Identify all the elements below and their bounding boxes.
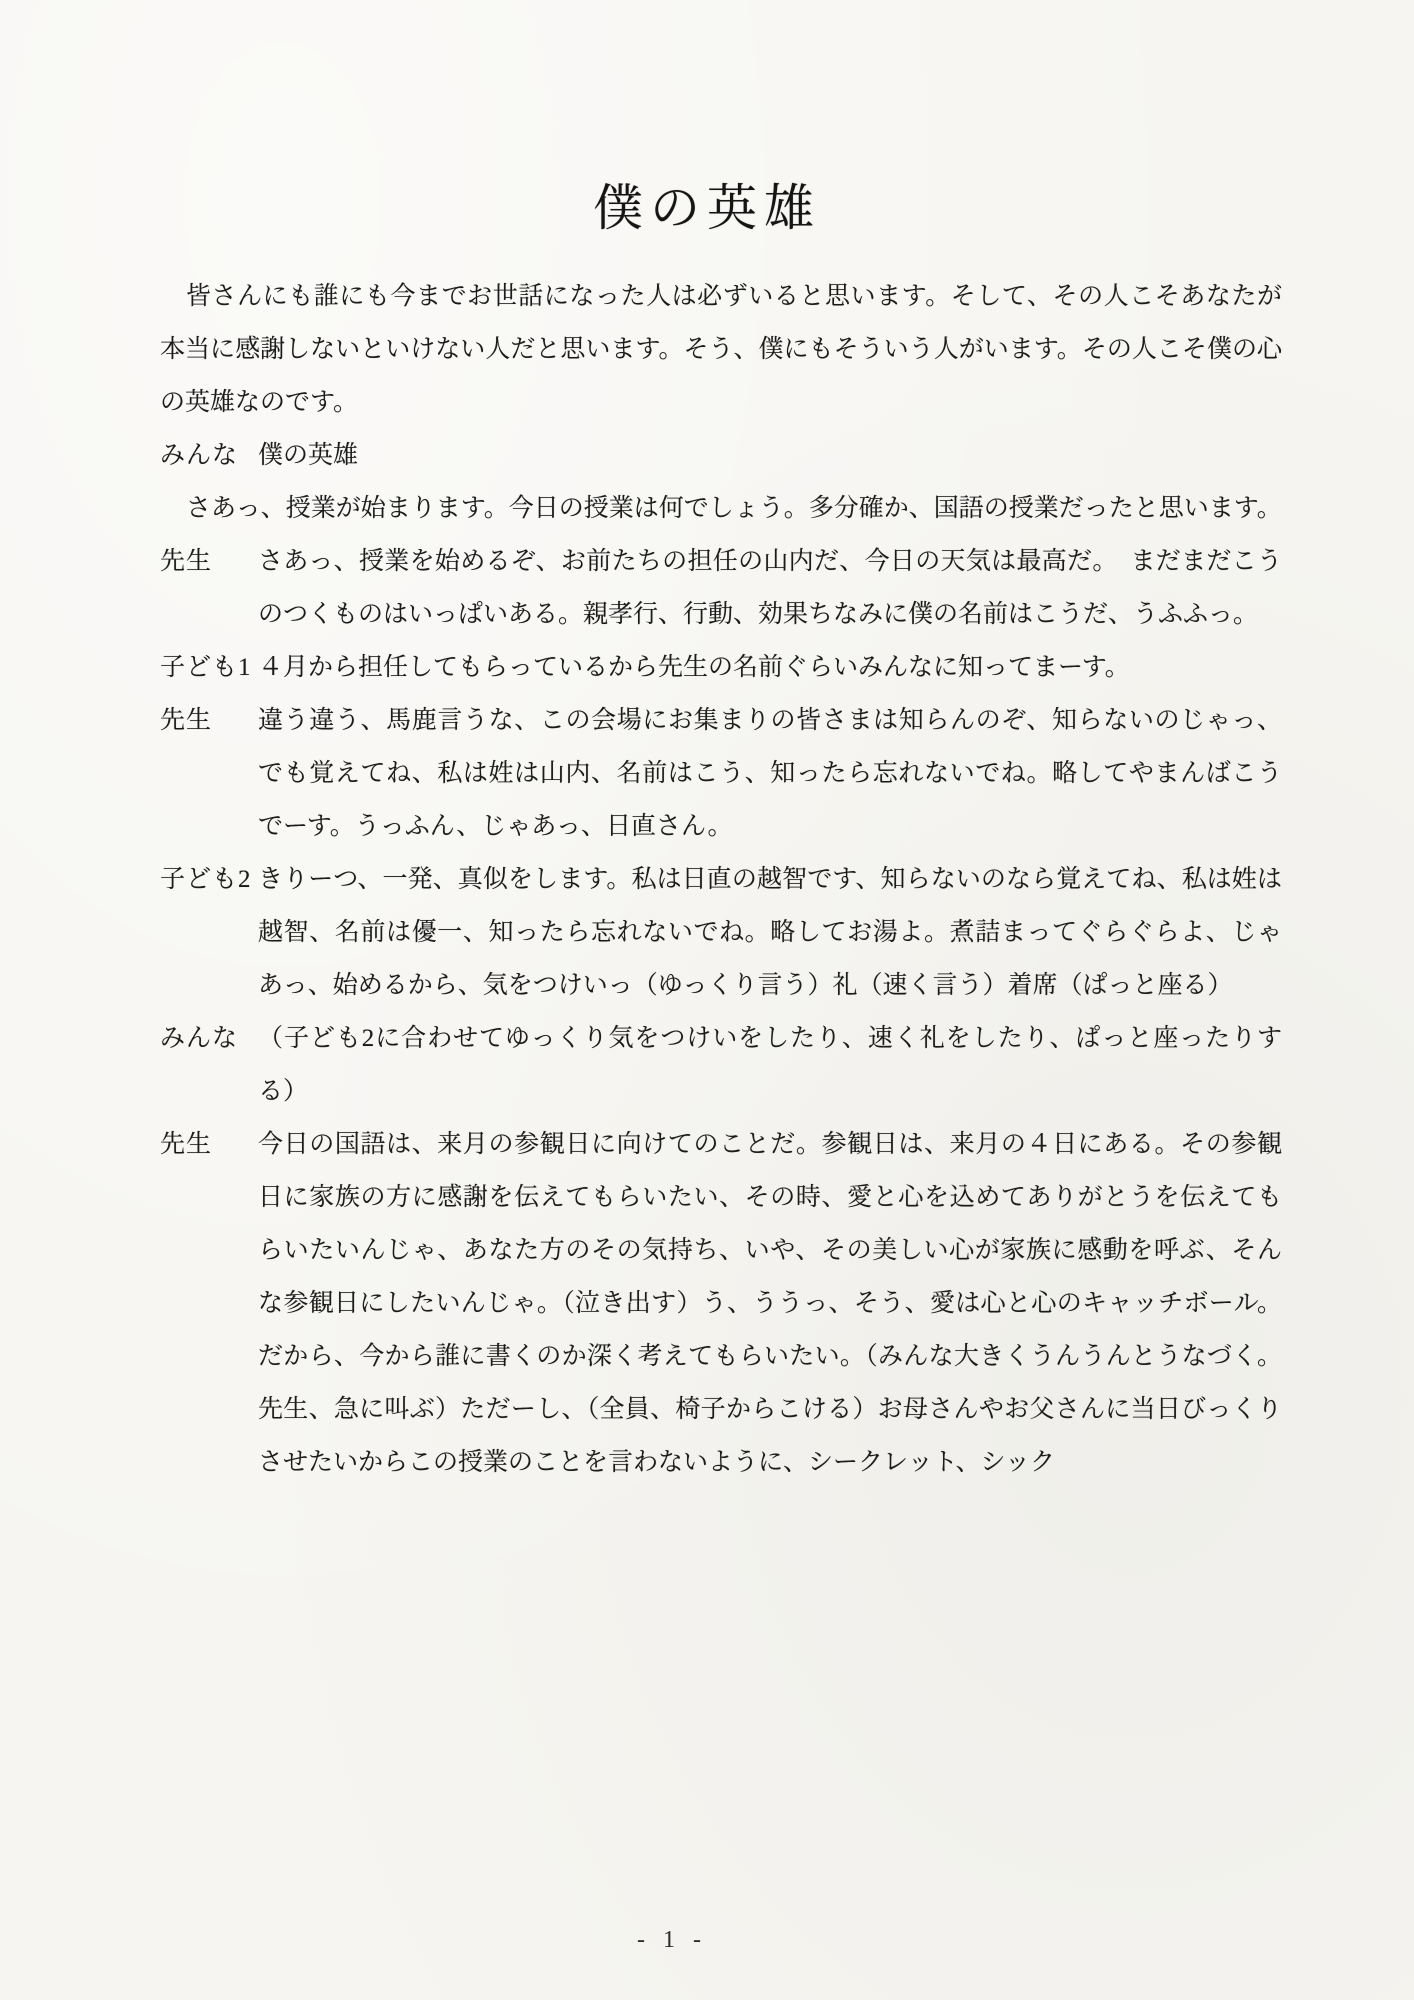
dialogue-text: 僕の英雄 bbox=[258, 429, 1282, 482]
dialogue-text: 違う違う、馬鹿言うな、この会場にお集まりの皆さまは知らんのぞ、知らないのじゃっ、… bbox=[258, 694, 1282, 853]
dialogue-row: 先生違う違う、馬鹿言うな、この会場にお集まりの皆さまは知らんのぞ、知らないのじゃ… bbox=[160, 694, 1282, 853]
speaker-name: 子ども2 bbox=[160, 853, 258, 1012]
speaker-name: 先生 bbox=[160, 694, 258, 853]
speaker-name: 先生 bbox=[160, 1118, 258, 1489]
dialogue-text: 今日の国語は、来月の参観日に向けてのことだ。参観日は、来月の４日にある。その参観… bbox=[258, 1118, 1282, 1489]
speaker-name: みんな bbox=[160, 429, 258, 482]
dialogue-text: （子ども2に合わせてゆっくり気をつけいをしたり、速く礼をしたり、ぱっと座ったりす… bbox=[258, 1012, 1282, 1118]
dialogue-row: みんな（子ども2に合わせてゆっくり気をつけいをしたり、速く礼をしたり、ぱっと座っ… bbox=[160, 1012, 1282, 1118]
dialogue-row: 先生今日の国語は、来月の参観日に向けてのことだ。参観日は、来月の４日にある。その… bbox=[160, 1118, 1282, 1489]
dialogue-row: みんな僕の英雄 bbox=[160, 429, 1282, 482]
speaker-name: みんな bbox=[160, 1012, 258, 1118]
dialogue-text: ４月から担任してもらっているから先生の名前ぐらいみんなに知ってまーす。 bbox=[258, 641, 1282, 694]
dialogue-text: さあっ、授業を始めるぞ、お前たちの担任の山内だ、今日の天気は最高だ。 まだまだこ… bbox=[258, 535, 1282, 641]
script-body: 皆さんにも誰にも今までお世話になった人は必ずいると思います。そして、その人こそあ… bbox=[160, 270, 1282, 1489]
speaker-name: 先生 bbox=[160, 535, 258, 641]
page-number: - 1 - bbox=[0, 1927, 1344, 1954]
document-title: 僕の英雄 bbox=[0, 0, 1414, 240]
dialogue-row: 子ども1４月から担任してもらっているから先生の名前ぐらいみんなに知ってまーす。 bbox=[160, 641, 1282, 694]
dialogue-row: 先生さあっ、授業を始めるぞ、お前たちの担任の山内だ、今日の天気は最高だ。 まだま… bbox=[160, 535, 1282, 641]
narration-paragraph: 皆さんにも誰にも今までお世話になった人は必ずいると思います。そして、その人こそあ… bbox=[160, 270, 1282, 429]
dialogue-text: きりーつ、一発、真似をします。私は日直の越智です、知らないのなら覚えてね、私は姓… bbox=[258, 853, 1282, 1012]
dialogue-row: 子ども2きりーつ、一発、真似をします。私は日直の越智です、知らないのなら覚えてね… bbox=[160, 853, 1282, 1012]
speaker-name: 子ども1 bbox=[160, 641, 258, 694]
narration-paragraph: さあっ、授業が始まります。今日の授業は何でしょう。多分確か、国語の授業だったと思… bbox=[160, 482, 1282, 535]
scanned-document-page: 僕の英雄 皆さんにも誰にも今までお世話になった人は必ずいると思います。そして、そ… bbox=[0, 0, 1414, 2000]
